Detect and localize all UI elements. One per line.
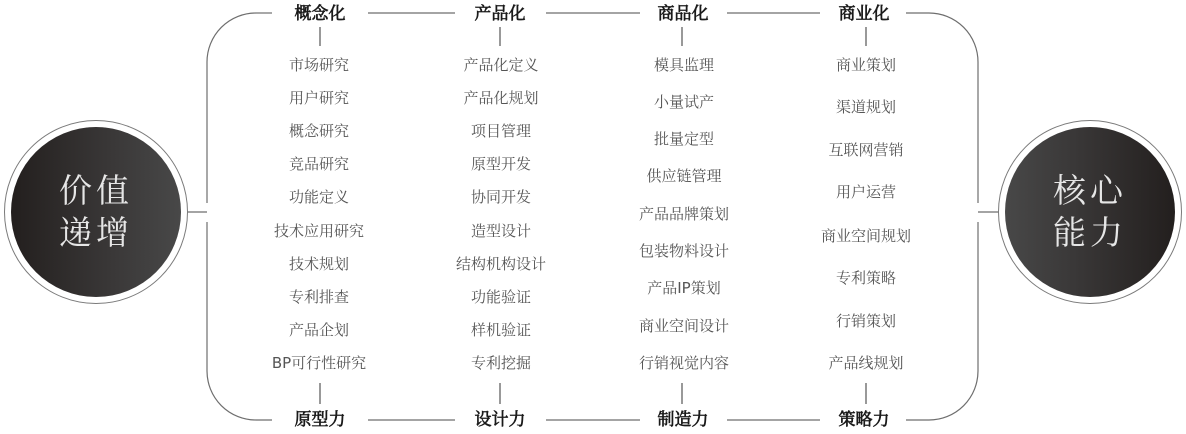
list-item: 专利挖掘: [471, 353, 531, 373]
stage-label-commercialization: 商业化: [829, 3, 900, 25]
list-item: BP可行性研究: [272, 353, 366, 373]
list-item: 商业策划: [836, 55, 896, 75]
stage-label-productization: 产品化: [465, 3, 536, 25]
list-item: 产品IP策划: [647, 278, 720, 298]
capability-label-strategy: 策略力: [829, 409, 900, 431]
capability-label-prototype: 原型力: [285, 409, 356, 431]
list-item: 功能定义: [289, 187, 349, 207]
value-increase-hub-line2: 递增: [59, 212, 133, 254]
list-item: 项目管理: [471, 121, 531, 141]
list-item: 协同开发: [471, 187, 531, 207]
list-item: 原型开发: [471, 154, 531, 174]
stage-label-concept: 概念化: [285, 3, 356, 25]
list-item: 互联网营销: [828, 140, 903, 160]
value-increase-hub-disc: 价值 递增: [11, 127, 181, 297]
list-item: 商业空间规划: [821, 226, 911, 246]
list-item: 功能验证: [471, 287, 531, 307]
list-item: 样机验证: [471, 320, 531, 340]
capability-label-design: 设计力: [465, 409, 536, 431]
list-item: 概念研究: [289, 121, 349, 141]
core-capability-hub-line2: 能力: [1053, 212, 1127, 254]
list-item: 产品化定义: [463, 55, 538, 75]
list-item: 渠道规划: [836, 97, 896, 117]
list-item: 结构机构设计: [456, 254, 546, 274]
capability-label-manufacturing: 制造力: [648, 409, 719, 431]
list-item: 供应链管理: [646, 166, 721, 186]
list-item: 专利排查: [289, 287, 349, 307]
list-item: 市场研究: [289, 55, 349, 75]
list-item: 包装物料设计: [639, 241, 729, 261]
list-item: 技术应用研究: [274, 221, 364, 241]
list-item: 产品企划: [289, 320, 349, 340]
list-item: 技术规划: [289, 254, 349, 274]
list-item: 小量试产: [654, 92, 714, 112]
list-item: 造型设计: [471, 221, 531, 241]
list-item: 批量定型: [654, 129, 714, 149]
list-item: 用户运营: [836, 182, 896, 202]
list-item: 商业空间设计: [639, 316, 729, 336]
list-item: 用户研究: [289, 88, 349, 108]
list-item: 产品线规划: [828, 353, 903, 373]
list-item: 行销视觉内容: [639, 353, 729, 373]
value-increase-hub: 价值 递增: [4, 120, 188, 304]
list-item: 竞品研究: [289, 154, 349, 174]
list-item: 产品品牌策划: [639, 204, 729, 224]
list-item: 产品化规划: [463, 88, 538, 108]
list-item: 行销策划: [836, 311, 896, 331]
list-item: 模具监理: [654, 55, 714, 75]
value-increase-hub-line1: 价值: [59, 170, 133, 212]
core-capability-hub-line1: 核心: [1053, 170, 1127, 212]
core-capability-hub: 核心 能力: [998, 120, 1182, 304]
list-item: 专利策略: [836, 268, 896, 288]
core-capability-hub-disc: 核心 能力: [1005, 127, 1175, 297]
stage-label-commoditization: 商品化: [648, 3, 719, 25]
